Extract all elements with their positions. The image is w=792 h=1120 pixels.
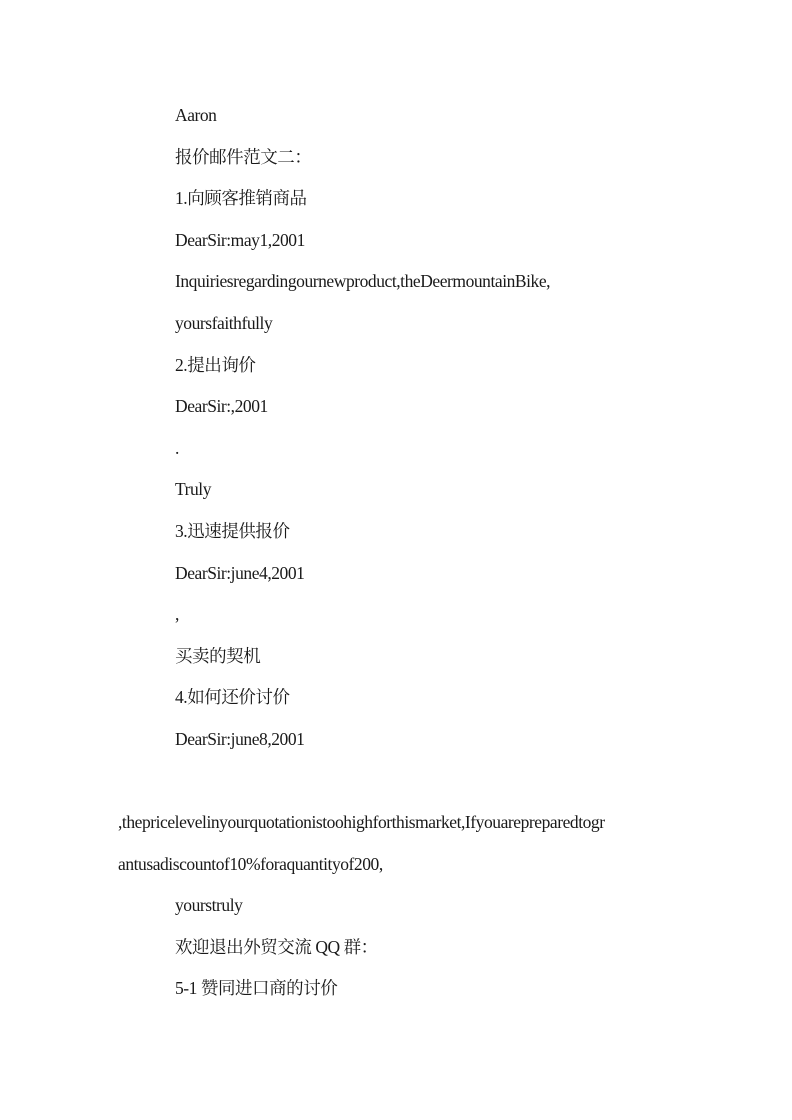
text-line: DearSir:june4,2001 — [175, 553, 792, 595]
text-line: ,thepricelevelinyourquotationistoohighfo… — [118, 802, 792, 844]
text-line: 买卖的契机 — [175, 636, 792, 678]
text-line: Truly — [175, 469, 792, 511]
text-line: . — [175, 428, 792, 470]
text-line: DearSir:june8,2001 — [175, 719, 792, 761]
text-line: DearSir:,2001 — [175, 386, 792, 428]
text-line: 报价邮件范文二： — [175, 137, 792, 179]
text-line: 3.迅速提供报价 — [175, 511, 792, 553]
text-line: , — [175, 594, 792, 636]
blank-line — [175, 761, 792, 803]
text-line: Aaron — [175, 95, 792, 137]
text-line: 2.提出询价 — [175, 345, 792, 387]
document-content: Aaron报价邮件范文二：1.向顾客推销商品DearSir:may1,2001I… — [0, 95, 792, 1010]
text-line: 4.如何还价讨价 — [175, 677, 792, 719]
document-page: Aaron报价邮件范文二：1.向顾客推销商品DearSir:may1,2001I… — [0, 0, 792, 1120]
text-line: yoursfaithfully — [175, 303, 792, 345]
text-line: 1.向顾客推销商品 — [175, 178, 792, 220]
text-line: Inquiriesregardingournewproduct,theDeerm… — [175, 261, 792, 303]
text-line: antusadiscountof10%foraquantityof200, — [118, 844, 792, 886]
text-line: 5-1 赞同进口商的讨价 — [175, 968, 792, 1010]
text-line: 欢迎退出外贸交流 QQ 群： — [175, 927, 792, 969]
text-line: DearSir:may1,2001 — [175, 220, 792, 262]
text-line: yourstruly — [175, 885, 792, 927]
